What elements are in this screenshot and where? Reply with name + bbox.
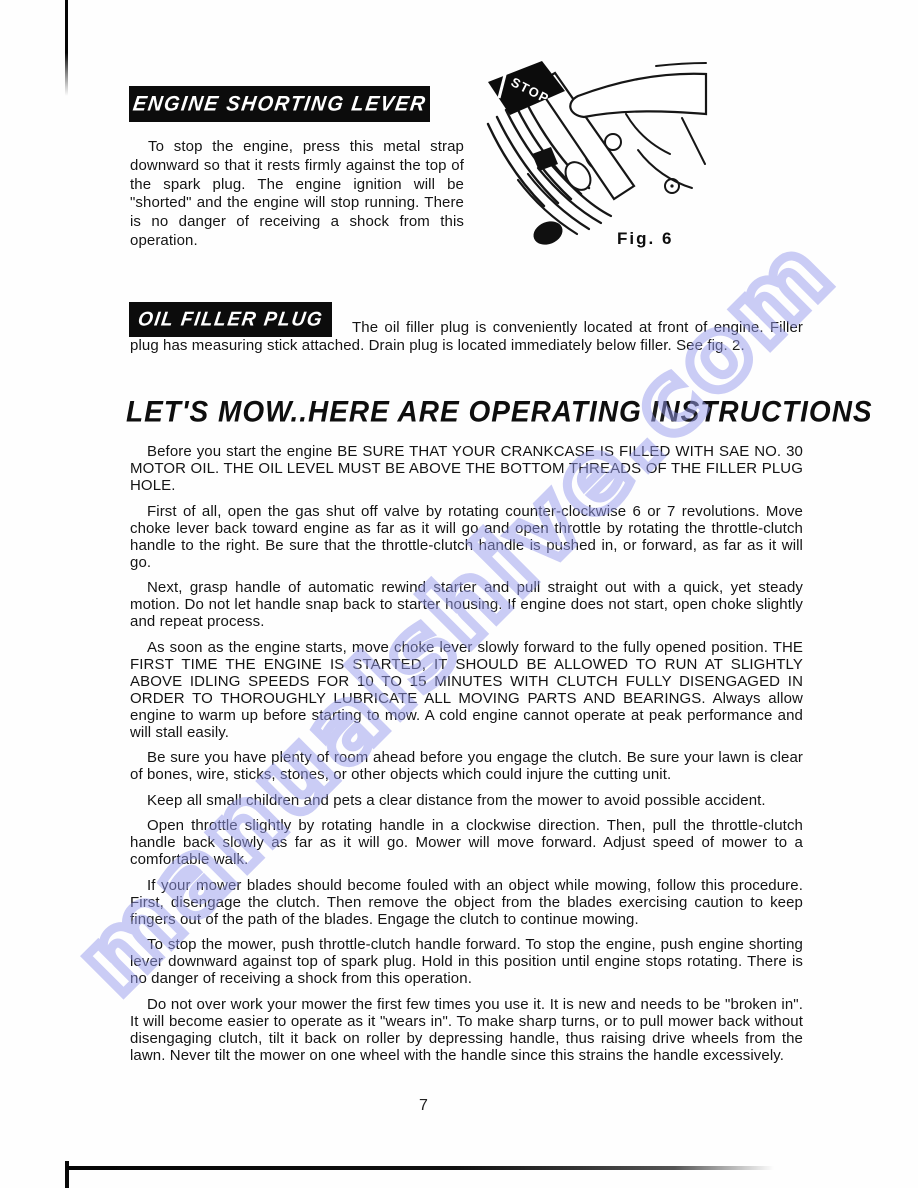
instruction-paragraph: As soon as the engine starts, move choke… xyxy=(130,639,803,741)
engine-shorting-lever-paragraph: To stop the engine, press this metal str… xyxy=(130,138,464,251)
engine-shorting-lever-banner: ENGINE SHORTING LEVER xyxy=(130,87,429,121)
page-edge-rule-bottom xyxy=(66,1166,774,1170)
instruction-paragraph: Do not over work your mower the first fe… xyxy=(130,996,803,1064)
fig6-illustration: STOP xyxy=(476,58,708,250)
page-edge-rule-top-left xyxy=(65,0,68,96)
instruction-paragraph: Before you start the engine BE SURE THAT… xyxy=(130,443,803,494)
manual-page: ENGINE SHORTING LEVER To stop the engine… xyxy=(0,0,918,1188)
page-number: 7 xyxy=(419,1097,428,1115)
instruction-paragraph: First of all, open the gas shut off valv… xyxy=(130,503,803,571)
instruction-paragraph: To stop the mower, push throttle-clutch … xyxy=(130,936,803,987)
instruction-paragraph: Be sure you have plenty of room ahead be… xyxy=(130,749,803,783)
oil-filler-plug-paragraph: The oil filler plug is conveniently loca… xyxy=(130,319,803,356)
operating-instructions-body: Before you start the engine BE SURE THAT… xyxy=(130,443,803,1072)
stop-lever-drawing: STOP xyxy=(476,58,708,250)
engine-shorting-lever-title: ENGINE SHORTING LEVER xyxy=(131,92,428,116)
instruction-paragraph: Keep all small children and pets a clear… xyxy=(130,792,803,809)
fig6-caption: Fig. 6 xyxy=(617,229,673,249)
operating-instructions-heading: LET'S MOW..HERE ARE OPERATING INSTRUCTIO… xyxy=(126,395,816,429)
instruction-paragraph: Next, grasp handle of automatic rewind s… xyxy=(130,579,803,630)
instruction-paragraph: Open throttle slightly by rotating handl… xyxy=(130,817,803,868)
instruction-paragraph: If your mower blades should become foule… xyxy=(130,877,803,928)
